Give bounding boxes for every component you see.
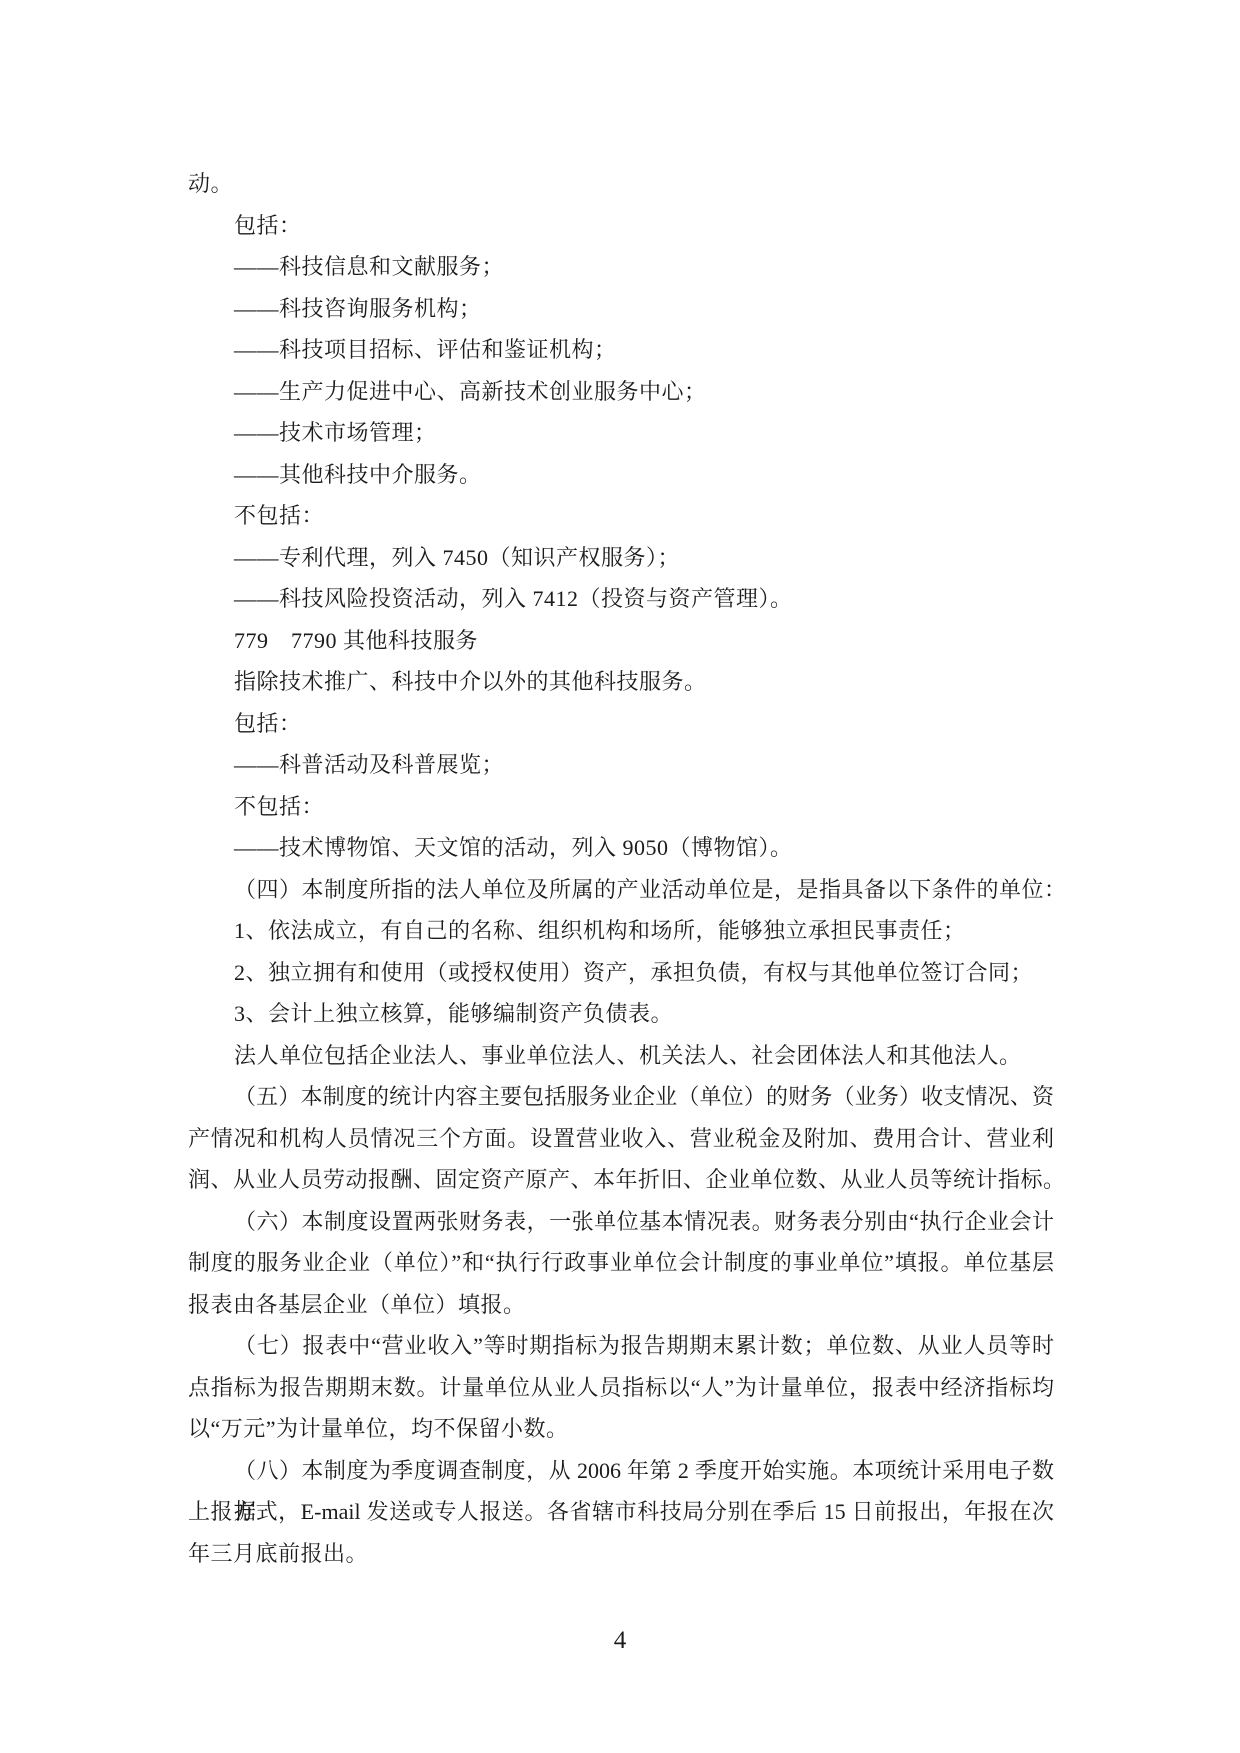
page-number: 4 bbox=[0, 1620, 1240, 1662]
text-line: ——生产力促进中心、高新技术创业服务中心； bbox=[188, 371, 1054, 413]
text-line: 以“万元”为计量单位，均不保留小数。 bbox=[188, 1408, 1054, 1450]
text-line: 不包括： bbox=[188, 495, 1054, 537]
document-body: 动。包括：——科技信息和文献服务；——科技咨询服务机构；——科技项目招标、评估和… bbox=[188, 163, 1054, 1574]
text-line: 上报方式，E-mail 发送或专人报送。各省辖市科技局分别在季后 15 日前报出… bbox=[188, 1491, 1054, 1533]
text-line: ——科技风险投资活动，列入 7412（投资与资产管理）。 bbox=[188, 578, 1054, 620]
text-line: 润、从业人员劳动报酬、固定资产原产、本年折旧、企业单位数、从业人员等统计指标。 bbox=[188, 1159, 1054, 1201]
text-line: （六）本制度设置两张财务表，一张单位基本情况表。财务表分别由“执行企业会计 bbox=[188, 1201, 1054, 1243]
text-line: ——科技信息和文献服务； bbox=[188, 246, 1054, 288]
text-line: ——科技项目招标、评估和鉴证机构； bbox=[188, 329, 1054, 371]
text-line: ——科普活动及科普展览； bbox=[188, 744, 1054, 786]
text-line: 点指标为报告期期末数。计量单位从业人员指标以“人”为计量单位，报表中经济指标均 bbox=[188, 1367, 1054, 1409]
text-line: （五）本制度的统计内容主要包括服务业企业（单位）的财务（业务）收支情况、资 bbox=[188, 1076, 1054, 1118]
text-line: 年三月底前报出。 bbox=[188, 1533, 1054, 1575]
text-line: 3、会计上独立核算，能够编制资产负债表。 bbox=[188, 993, 1054, 1035]
text-line: ——科技咨询服务机构； bbox=[188, 288, 1054, 330]
text-line: 包括： bbox=[188, 205, 1054, 247]
text-line: （八）本制度为季度调查制度，从 2006 年第 2 季度开始实施。本项统计采用电… bbox=[188, 1450, 1054, 1492]
text-line: 包括： bbox=[188, 703, 1054, 745]
text-line: 制度的服务业企业（单位）”和“执行行政事业单位会计制度的事业单位”填报。单位基层 bbox=[188, 1242, 1054, 1284]
text-line: 不包括： bbox=[188, 786, 1054, 828]
text-line: 产情况和机构人员情况三个方面。设置营业收入、营业税金及附加、费用合计、营业利 bbox=[188, 1118, 1054, 1160]
text-line: 法人单位包括企业法人、事业单位法人、机关法人、社会团体法人和其他法人。 bbox=[188, 1035, 1054, 1077]
text-line: 动。 bbox=[188, 163, 1054, 205]
text-line: 报表由各基层企业（单位）填报。 bbox=[188, 1284, 1054, 1326]
text-line: ——技术市场管理； bbox=[188, 412, 1054, 454]
text-line: 779 7790 其他科技服务 bbox=[188, 620, 1054, 662]
text-line: 2、独立拥有和使用（或授权使用）资产，承担负债，有权与其他单位签订合同； bbox=[188, 952, 1054, 994]
text-line: 1、依法成立，有自己的名称、组织机构和场所，能够独立承担民事责任； bbox=[188, 910, 1054, 952]
text-line: ——技术博物馆、天文馆的活动，列入 9050（博物馆）。 bbox=[188, 827, 1054, 869]
text-line: 指除技术推广、科技中介以外的其他科技服务。 bbox=[188, 661, 1054, 703]
text-line: （四）本制度所指的法人单位及所属的产业活动单位是，是指具备以下条件的单位： bbox=[188, 869, 1054, 911]
text-line: ——专利代理，列入 7450（知识产权服务）； bbox=[188, 537, 1054, 579]
text-line: ——其他科技中介服务。 bbox=[188, 454, 1054, 496]
text-line: （七）报表中“营业收入”等时期指标为报告期期末累计数；单位数、从业人员等时 bbox=[188, 1325, 1054, 1367]
document-page: 动。包括：——科技信息和文献服务；——科技咨询服务机构；——科技项目招标、评估和… bbox=[0, 0, 1240, 1753]
